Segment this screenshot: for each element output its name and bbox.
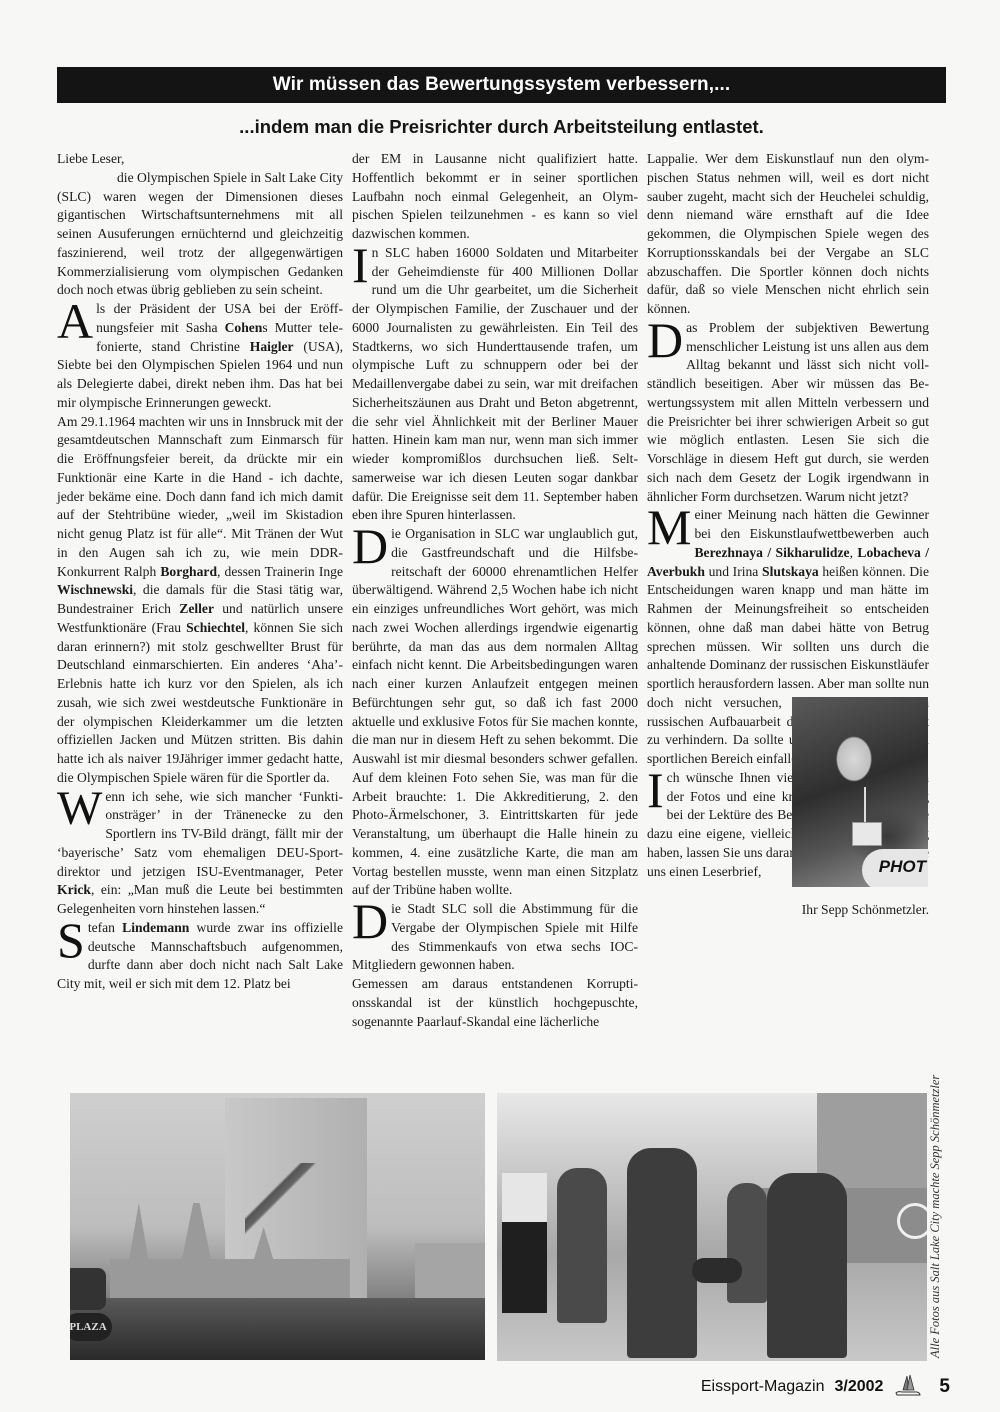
article-column-2: der EM in Lausanne nicht qualifiziert ha… xyxy=(352,150,638,1031)
drop-cap: W xyxy=(57,788,102,828)
trees xyxy=(70,1298,485,1360)
headline: Wir müssen das Bewertungssystem verbesse… xyxy=(273,74,730,96)
drop-cap: S xyxy=(57,919,85,959)
paragraph: die Olympischen Spiele in Salt Lake City… xyxy=(57,169,343,300)
sleeve-text: PHOT xyxy=(879,857,926,877)
paragraph: Am 29.1.1964 machten wir uns in Innsbruc… xyxy=(57,413,343,788)
paragraph: Als der Präsident der USA bei der Eröff­… xyxy=(57,300,343,413)
paragraph: Das Problem der subjektiven Bewertung me… xyxy=(647,319,929,507)
accreditation-badge xyxy=(852,822,882,846)
drop-cap: I xyxy=(647,769,664,809)
skate-wing-icon xyxy=(893,1374,923,1400)
dog xyxy=(692,1258,742,1283)
page-number: 5 xyxy=(939,1376,950,1398)
soldier xyxy=(767,1173,847,1358)
article-column-1: Liebe Leser, die Olympischen Spiele in S… xyxy=(57,150,343,994)
magazine-name: Eissport-Magazin xyxy=(701,1378,825,1396)
paragraph: der EM in Lausanne nicht qualifiziert ha… xyxy=(352,150,638,244)
signature: Ihr Sepp Schönmetzler. xyxy=(647,901,929,920)
paragraph: In SLC haben 16000 Soldaten und Mitarbei… xyxy=(352,244,638,525)
skater-banner xyxy=(245,1163,325,1263)
paragraph: Lappalie. Wer dem Eiskunstlauf nun den o… xyxy=(647,150,929,319)
issue-number: 3/2002 xyxy=(834,1378,883,1396)
drop-cap: I xyxy=(352,244,369,284)
paragraph: Stefan Lindemann wurde zwar ins offiziel… xyxy=(57,919,343,994)
paragraph: Die Organisation in SLC war unglaublich … xyxy=(352,525,638,900)
subheadline: ...indem man die Preisrichter durch Arbe… xyxy=(57,116,946,138)
photo-credit: Alle Fotos aus Salt Lake City machte Sep… xyxy=(928,1058,952,1358)
olympic-rings xyxy=(897,1203,927,1239)
soldier xyxy=(627,1148,697,1358)
photo-security-patrol xyxy=(497,1093,927,1361)
soldier xyxy=(557,1168,607,1323)
drop-cap: D xyxy=(352,900,388,940)
hotel-sign xyxy=(70,1268,106,1310)
lanyard xyxy=(864,787,866,825)
paragraph: Die Stadt SLC soll die Abstimmung für di… xyxy=(352,900,638,975)
drop-cap: M xyxy=(647,506,691,546)
photo-temple-square: PLAZA xyxy=(70,1093,485,1360)
salutation: Liebe Leser, xyxy=(57,150,343,169)
plaza-sign: PLAZA xyxy=(70,1313,112,1341)
drop-cap: D xyxy=(352,525,388,565)
civilian xyxy=(502,1173,547,1313)
paragraph: Wenn ich sehe, wie sich mancher ‘Funkti­… xyxy=(57,788,343,919)
page-footer: Eissport-Magazin 3/2002 5 xyxy=(640,1375,950,1399)
paragraph: Gemessen am daraus entstandenen Korrupti… xyxy=(352,975,638,1031)
inset-photographer-photo: PHOT xyxy=(792,697,928,887)
soldier xyxy=(727,1183,767,1303)
drop-cap: D xyxy=(647,319,683,359)
headline-banner: Wir müssen das Bewertungssystem verbesse… xyxy=(57,67,946,103)
drop-cap: A xyxy=(57,300,93,340)
